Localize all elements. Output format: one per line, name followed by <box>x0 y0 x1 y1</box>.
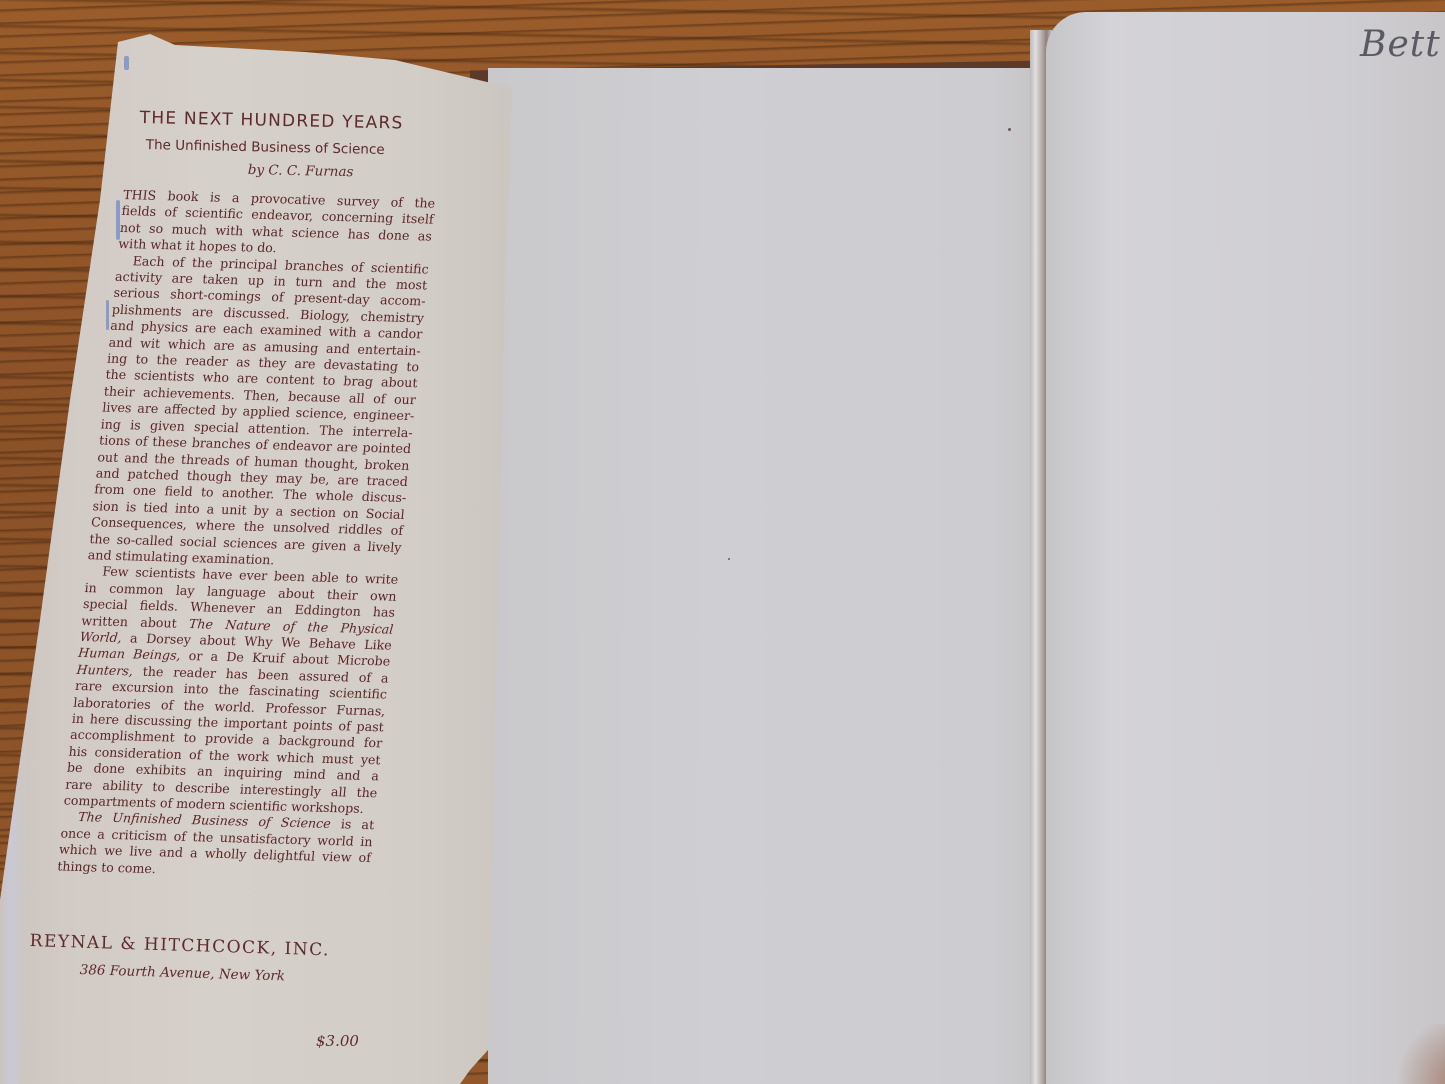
author-byline: by C. C. Furnas <box>248 162 354 180</box>
endpaper-right <box>1046 12 1445 1084</box>
page-shadow <box>1386 1024 1445 1084</box>
endpaper-left <box>488 68 1048 1084</box>
handwritten-name: Bett <box>1360 24 1441 65</box>
blue-ink-mark <box>106 300 109 330</box>
page-speck <box>728 558 730 560</box>
page-speck <box>1008 128 1011 131</box>
book-price: $3.00 <box>316 1032 359 1050</box>
blue-ink-mark <box>124 56 129 70</box>
